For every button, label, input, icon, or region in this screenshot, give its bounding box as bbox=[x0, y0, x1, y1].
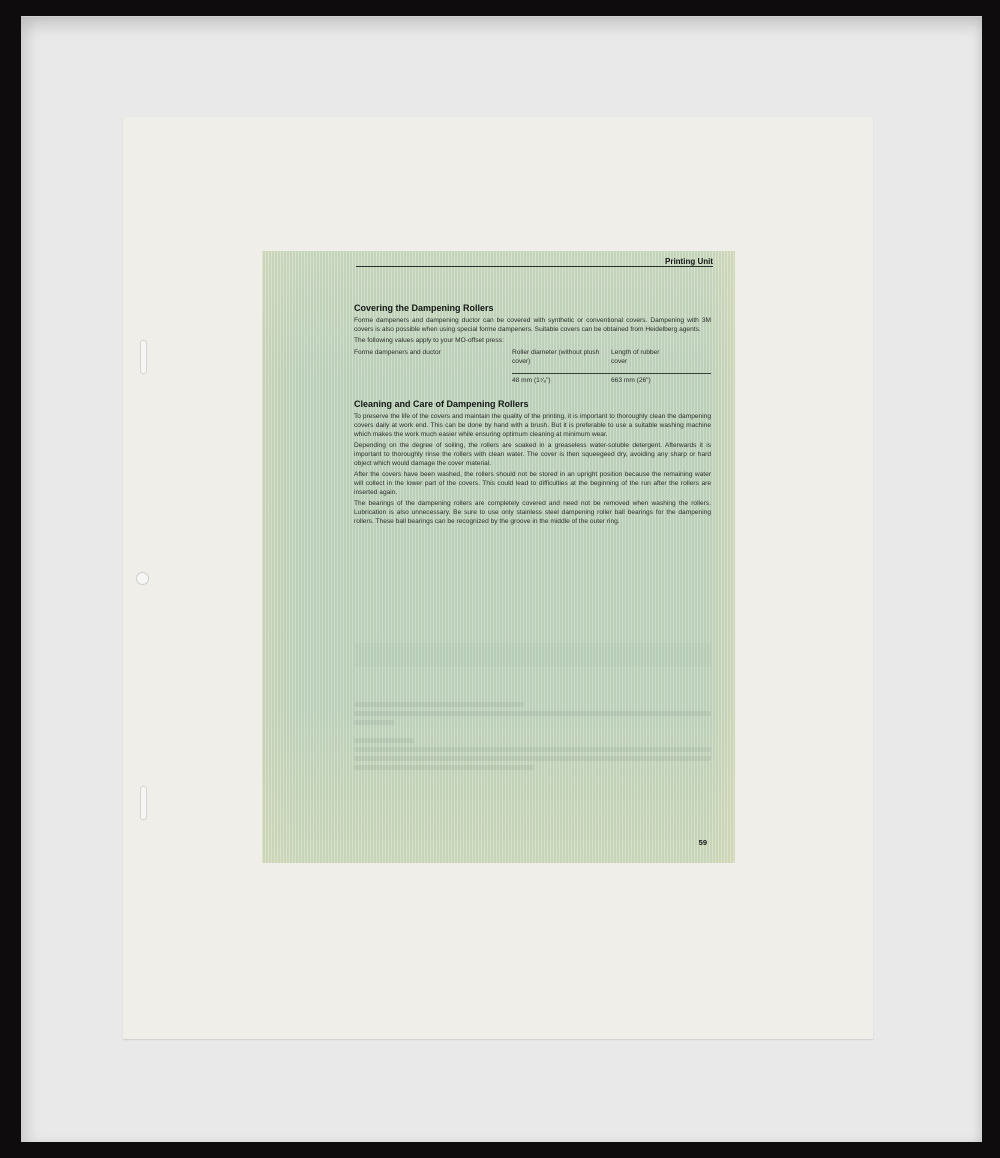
paragraph: To preserve the life of the covers and m… bbox=[354, 413, 711, 439]
show-through-text bbox=[354, 738, 414, 743]
binder-hole-top bbox=[140, 340, 147, 374]
page-number: 59 bbox=[699, 838, 707, 847]
paragraph: Forme dampeners and dampening ductor can… bbox=[354, 317, 711, 334]
show-through-text bbox=[354, 711, 711, 716]
table-header-length: Length of rubber cover bbox=[611, 349, 671, 366]
show-through-text bbox=[354, 756, 711, 761]
roller-specs-table: Forme dampeners and ductor Roller diamet… bbox=[354, 349, 711, 389]
section-heading-cleaning: Cleaning and Care of Dampening Rollers bbox=[354, 399, 711, 410]
running-header: Printing Unit bbox=[665, 257, 713, 266]
show-through-text bbox=[354, 747, 711, 752]
paragraph: Depending on the degree of soiling, the … bbox=[354, 442, 711, 468]
table-rule bbox=[512, 373, 711, 374]
show-through-text bbox=[354, 702, 524, 707]
binder-hole-middle bbox=[136, 572, 149, 585]
picture-frame: Printing Unit Covering the Dampening Rol… bbox=[0, 0, 1000, 1158]
paragraph: After the covers have been washed, the r… bbox=[354, 471, 711, 497]
header-rule bbox=[356, 266, 713, 267]
table-value-diameter: 48 mm (1⁷⁄₈") bbox=[512, 377, 551, 386]
page-content: Covering the Dampening Rollers Forme dam… bbox=[354, 303, 711, 530]
paragraph: The following values apply to your MO-of… bbox=[354, 337, 711, 346]
section-heading-covering: Covering the Dampening Rollers bbox=[354, 303, 711, 314]
show-through-text bbox=[354, 765, 534, 770]
binder-hole-bottom bbox=[140, 786, 147, 820]
show-through-text bbox=[354, 720, 394, 725]
table-header-diameter: Roller diameter (without plush cover) bbox=[512, 349, 602, 366]
show-through-block bbox=[354, 643, 711, 667]
manual-page: Printing Unit Covering the Dampening Rol… bbox=[262, 251, 735, 863]
table-value-length: 663 mm (26") bbox=[611, 377, 651, 386]
paragraph: The bearings of the dampening rollers ar… bbox=[354, 500, 711, 526]
table-row-label: Forme dampeners and ductor bbox=[354, 349, 441, 358]
